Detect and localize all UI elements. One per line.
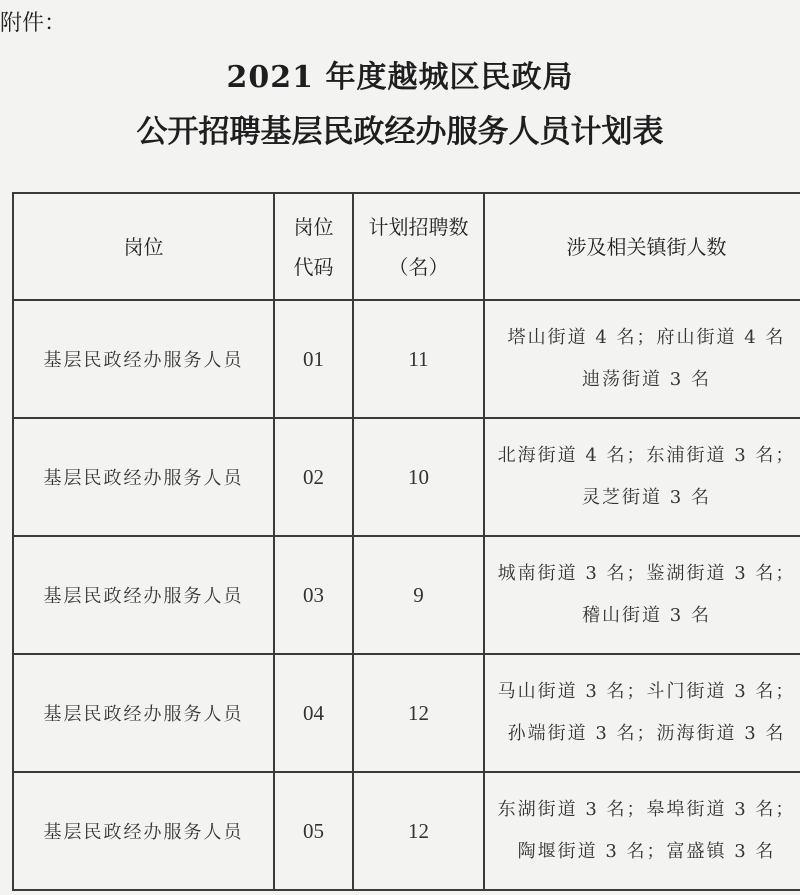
attachment-label: 附件： [0, 6, 66, 37]
cell-count: 12 [353, 654, 484, 772]
cell-count: 9 [353, 536, 484, 654]
cell-code: 05 [274, 772, 353, 890]
header-code: 岗位 代码 [274, 193, 353, 300]
cell-code: 03 [274, 536, 353, 654]
table-row: 基层民政经办服务人员 05 12 东湖街道 3 名；皋埠街道 3 名； 陶堰街道… [13, 772, 800, 890]
cell-code: 01 [274, 300, 353, 418]
streets-line2: 灵芝街道 3 名 [485, 477, 800, 519]
streets-line2: 迪荡街道 3 名 [485, 359, 800, 401]
cell-position: 基层民政经办服务人员 [13, 772, 274, 890]
table-header-row: 岗位 岗位 代码 计划招聘数 （名） 涉及相关镇街人数 [13, 193, 800, 300]
recruitment-plan-table: 岗位 岗位 代码 计划招聘数 （名） 涉及相关镇街人数 基层民政经办服务人员 0… [12, 192, 800, 891]
cell-streets: 城南街道 3 名；鉴湖街道 3 名； 稽山街道 3 名 [484, 536, 800, 654]
cell-position: 基层民政经办服务人员 [13, 654, 274, 772]
table-row: 基层民政经办服务人员 02 10 北海街道 4 名；东浦街道 3 名； 灵芝街道… [13, 418, 800, 536]
cell-count: 10 [353, 418, 484, 536]
streets-line2: 陶堰街道 3 名；富盛镇 3 名 [485, 831, 800, 873]
header-count-line1: 计划招聘数 [354, 207, 483, 247]
cell-streets: 塔山街道 4 名；府山街道 4 名 迪荡街道 3 名 [484, 300, 800, 418]
streets-line1: 塔山街道 4 名；府山街道 4 名 [485, 317, 800, 359]
cell-code: 04 [274, 654, 353, 772]
cell-streets: 马山街道 3 名；斗门街道 3 名； 孙端街道 3 名；沥海街道 3 名 [484, 654, 800, 772]
document-title-line1: 2021 年度越城区民政局 [0, 52, 800, 96]
header-code-line1: 岗位 [275, 207, 352, 247]
streets-line1: 北海街道 4 名；东浦街道 3 名； [485, 435, 800, 477]
cell-streets: 北海街道 4 名；东浦街道 3 名； 灵芝街道 3 名 [484, 418, 800, 536]
cell-code: 02 [274, 418, 353, 536]
table-row: 基层民政经办服务人员 04 12 马山街道 3 名；斗门街道 3 名； 孙端街道… [13, 654, 800, 772]
header-position: 岗位 [13, 193, 274, 300]
table-row: 基层民政经办服务人员 01 11 塔山街道 4 名；府山街道 4 名 迪荡街道 … [13, 300, 800, 418]
header-count-line2: （名） [354, 247, 483, 287]
cell-count: 11 [353, 300, 484, 418]
streets-line2: 孙端街道 3 名；沥海街道 3 名 [485, 713, 800, 755]
cell-count: 12 [353, 772, 484, 890]
streets-line1: 东湖街道 3 名；皋埠街道 3 名； [485, 789, 800, 831]
streets-line1: 马山街道 3 名；斗门街道 3 名； [485, 671, 800, 713]
document-title-line2: 公开招聘基层民政经办服务人员计划表 [0, 106, 800, 151]
cell-position: 基层民政经办服务人员 [13, 300, 274, 418]
cell-position: 基层民政经办服务人员 [13, 536, 274, 654]
header-code-line2: 代码 [275, 247, 352, 287]
header-count: 计划招聘数 （名） [353, 193, 484, 300]
header-streets: 涉及相关镇街人数 [484, 193, 800, 300]
cell-position: 基层民政经办服务人员 [13, 418, 274, 536]
streets-line1: 城南街道 3 名；鉴湖街道 3 名； [485, 553, 800, 595]
streets-line2: 稽山街道 3 名 [485, 595, 800, 637]
cell-streets: 东湖街道 3 名；皋埠街道 3 名； 陶堰街道 3 名；富盛镇 3 名 [484, 772, 800, 890]
table-row: 基层民政经办服务人员 03 9 城南街道 3 名；鉴湖街道 3 名； 稽山街道 … [13, 536, 800, 654]
